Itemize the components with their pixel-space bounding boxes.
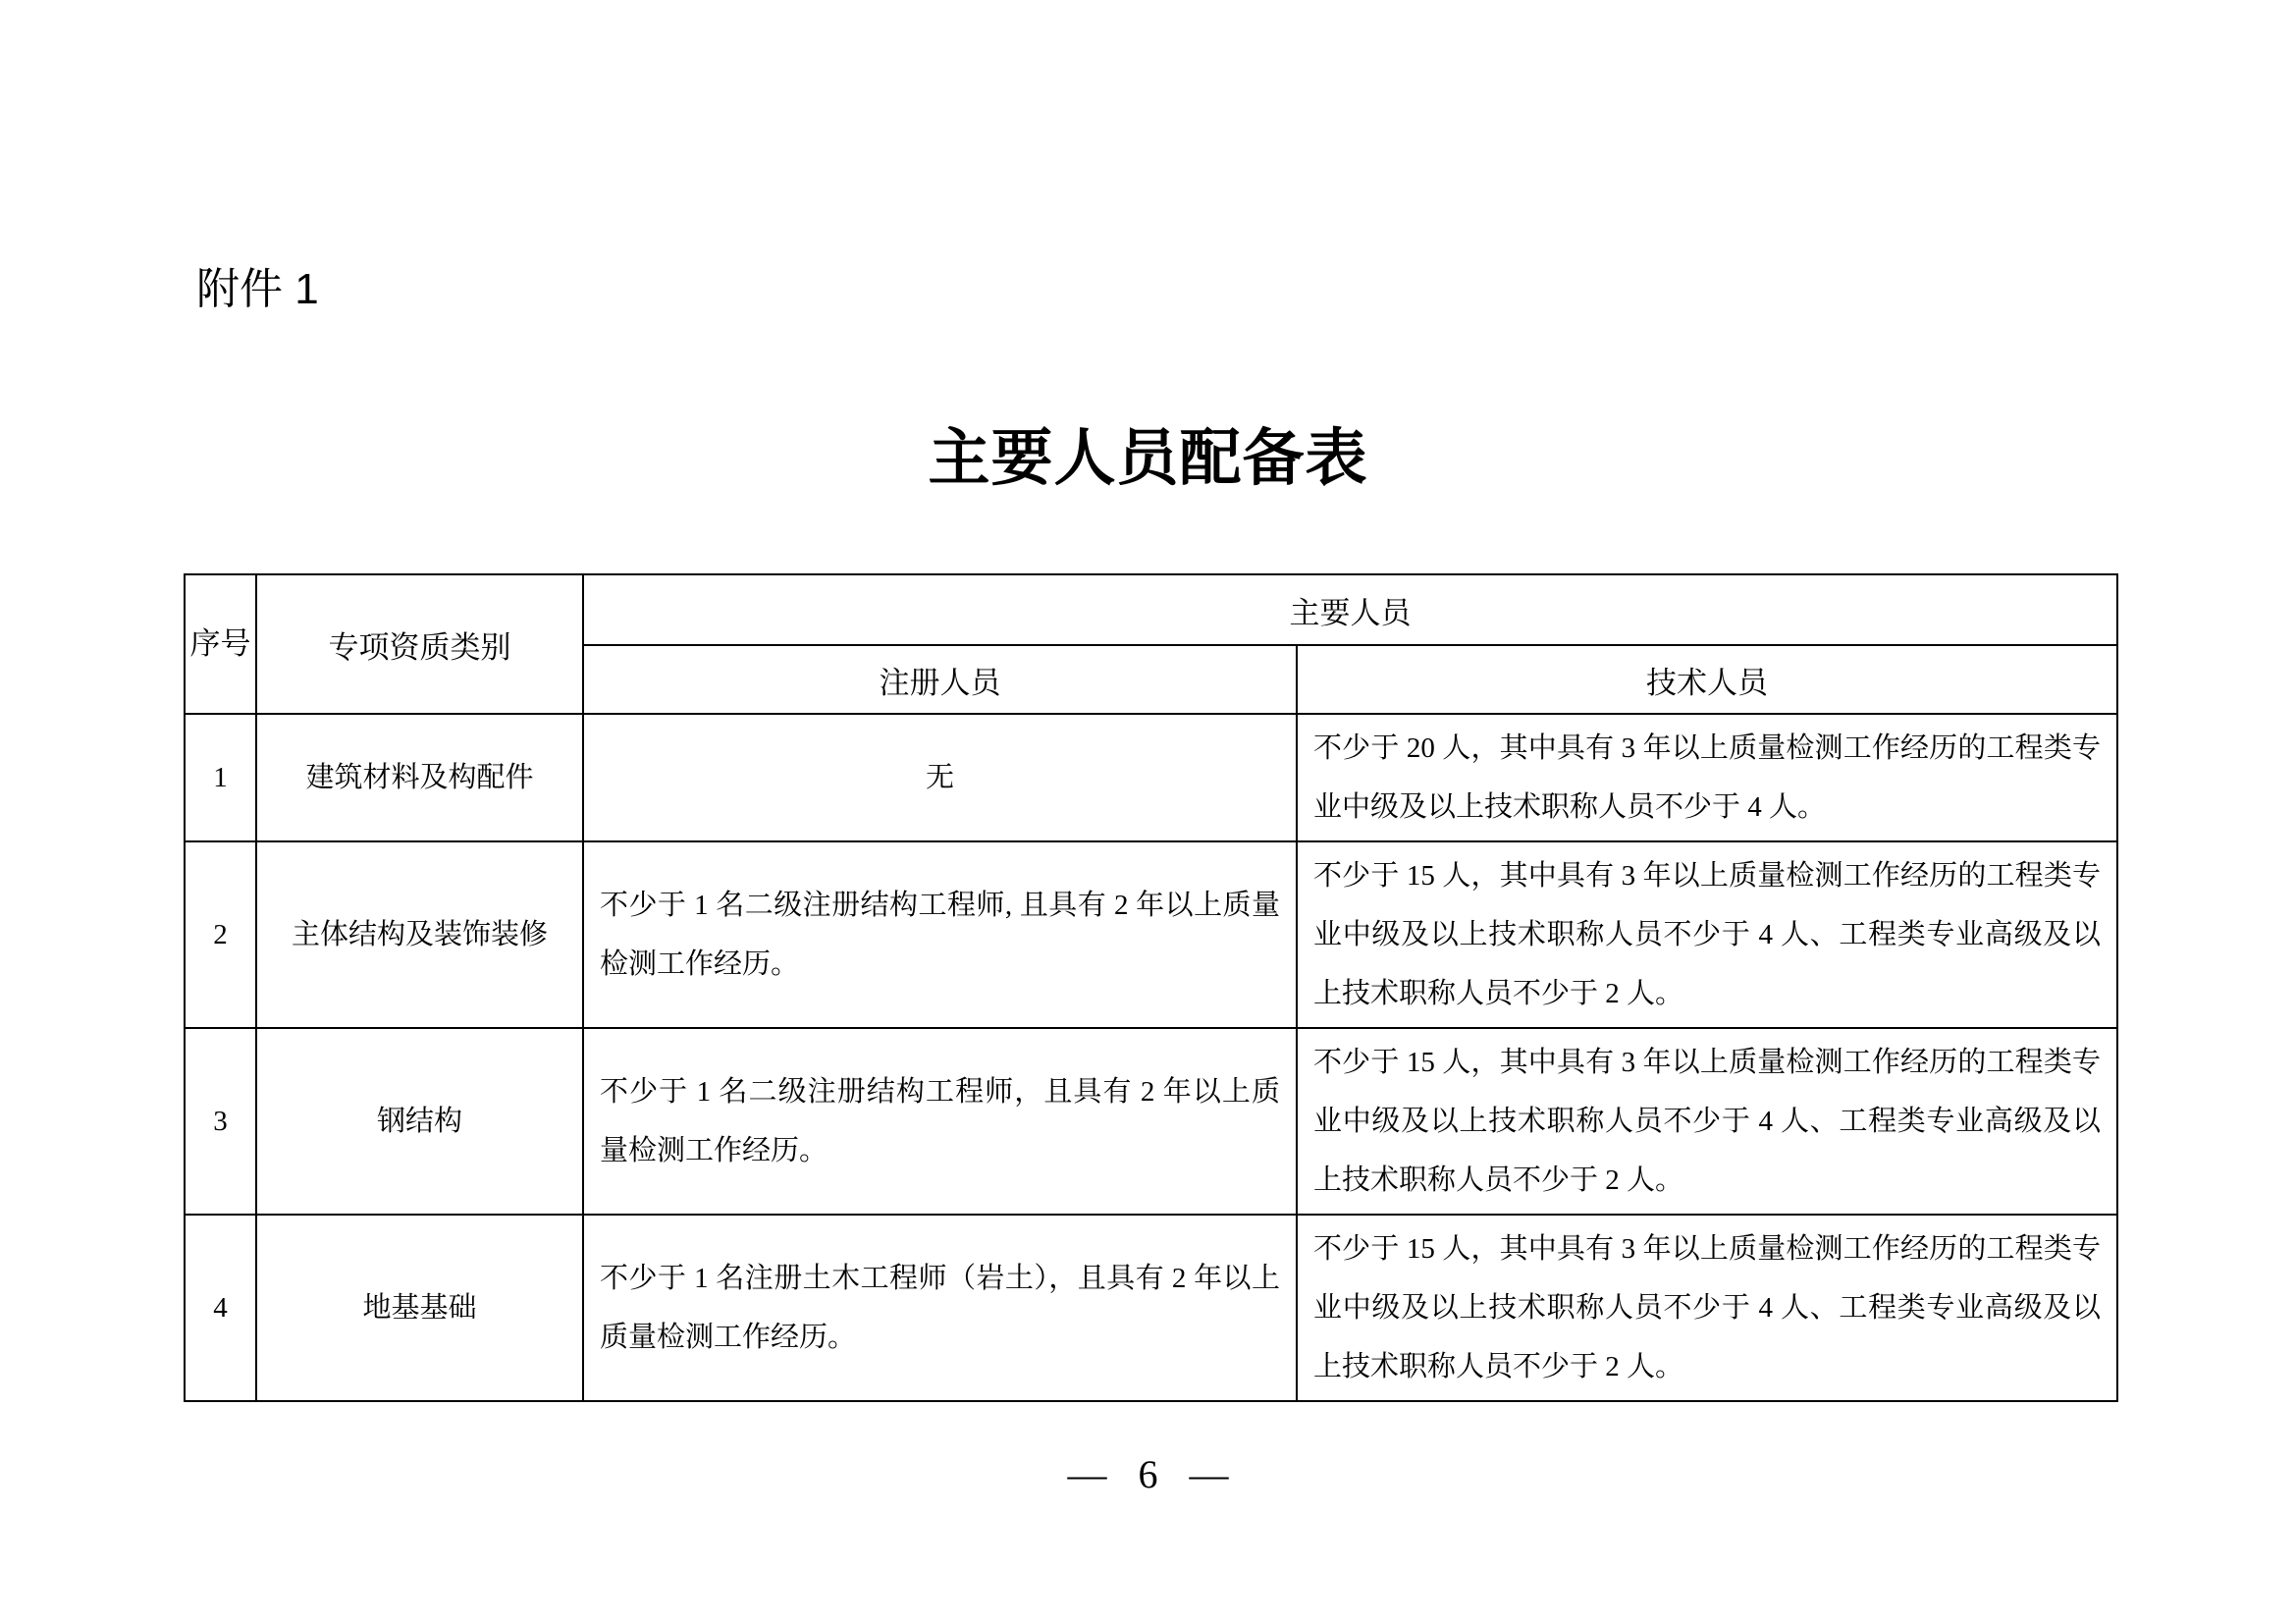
- table-row: 1 建筑材料及构配件 无 不少于 20 人，其中具有 3 年以上质量检测工作经历…: [185, 714, 2117, 841]
- row-number-cell: 1: [185, 714, 256, 841]
- registered-personnel-cell: 不少于 1 名二级注册结构工程师, 且具有 2 年以上质量检测工作经历。: [583, 841, 1297, 1028]
- col-header-main-personnel: 主要人员: [583, 574, 2117, 645]
- document-page: 附件 1 主要人员配备表 序号 专项资质类别 主要人员 注册人员 技术人员 1 …: [0, 0, 2296, 1624]
- attachment-label: 附件 1: [196, 253, 319, 316]
- table-row: 4 地基基础 不少于 1 名注册土木工程师（岩土），且具有 2 年以上质量检测工…: [185, 1215, 2117, 1401]
- col-header-registered-personnel: 注册人员: [583, 645, 1297, 714]
- document-title: 主要人员配备表: [0, 408, 2296, 498]
- table-row: 2 主体结构及装饰装修 不少于 1 名二级注册结构工程师, 且具有 2 年以上质…: [185, 841, 2117, 1028]
- personnel-table: 序号 专项资质类别 主要人员 注册人员 技术人员 1 建筑材料及构配件 无 不少…: [184, 573, 2118, 1402]
- technical-personnel-cell: 不少于 15 人，其中具有 3 年以上质量检测工作经历的工程类专业中级及以上技术…: [1297, 1028, 2117, 1215]
- category-cell: 主体结构及装饰装修: [256, 841, 583, 1028]
- technical-personnel-cell: 不少于 20 人，其中具有 3 年以上质量检测工作经历的工程类专业中级及以上技术…: [1297, 714, 2117, 841]
- registered-personnel-cell: 不少于 1 名注册土木工程师（岩土），且具有 2 年以上质量检测工作经历。: [583, 1215, 1297, 1401]
- registered-personnel-cell: 不少于 1 名二级注册结构工程师，且具有 2 年以上质量检测工作经历。: [583, 1028, 1297, 1215]
- row-number-cell: 2: [185, 841, 256, 1028]
- technical-personnel-cell: 不少于 15 人，其中具有 3 年以上质量检测工作经历的工程类专业中级及以上技术…: [1297, 841, 2117, 1028]
- page-number: — 6 —: [0, 1451, 2296, 1497]
- col-header-serial-number: 序号: [185, 574, 256, 714]
- registered-personnel-cell: 无: [583, 714, 1297, 841]
- category-cell: 钢结构: [256, 1028, 583, 1215]
- row-number-cell: 3: [185, 1028, 256, 1215]
- row-number-cell: 4: [185, 1215, 256, 1401]
- col-header-qualification-category: 专项资质类别: [256, 574, 583, 714]
- category-cell: 建筑材料及构配件: [256, 714, 583, 841]
- table-header-row-main: 序号 专项资质类别 主要人员: [185, 574, 2117, 645]
- category-cell: 地基基础: [256, 1215, 583, 1401]
- technical-personnel-cell: 不少于 15 人，其中具有 3 年以上质量检测工作经历的工程类专业中级及以上技术…: [1297, 1215, 2117, 1401]
- table-row: 3 钢结构 不少于 1 名二级注册结构工程师，且具有 2 年以上质量检测工作经历…: [185, 1028, 2117, 1215]
- col-header-technical-personnel: 技术人员: [1297, 645, 2117, 714]
